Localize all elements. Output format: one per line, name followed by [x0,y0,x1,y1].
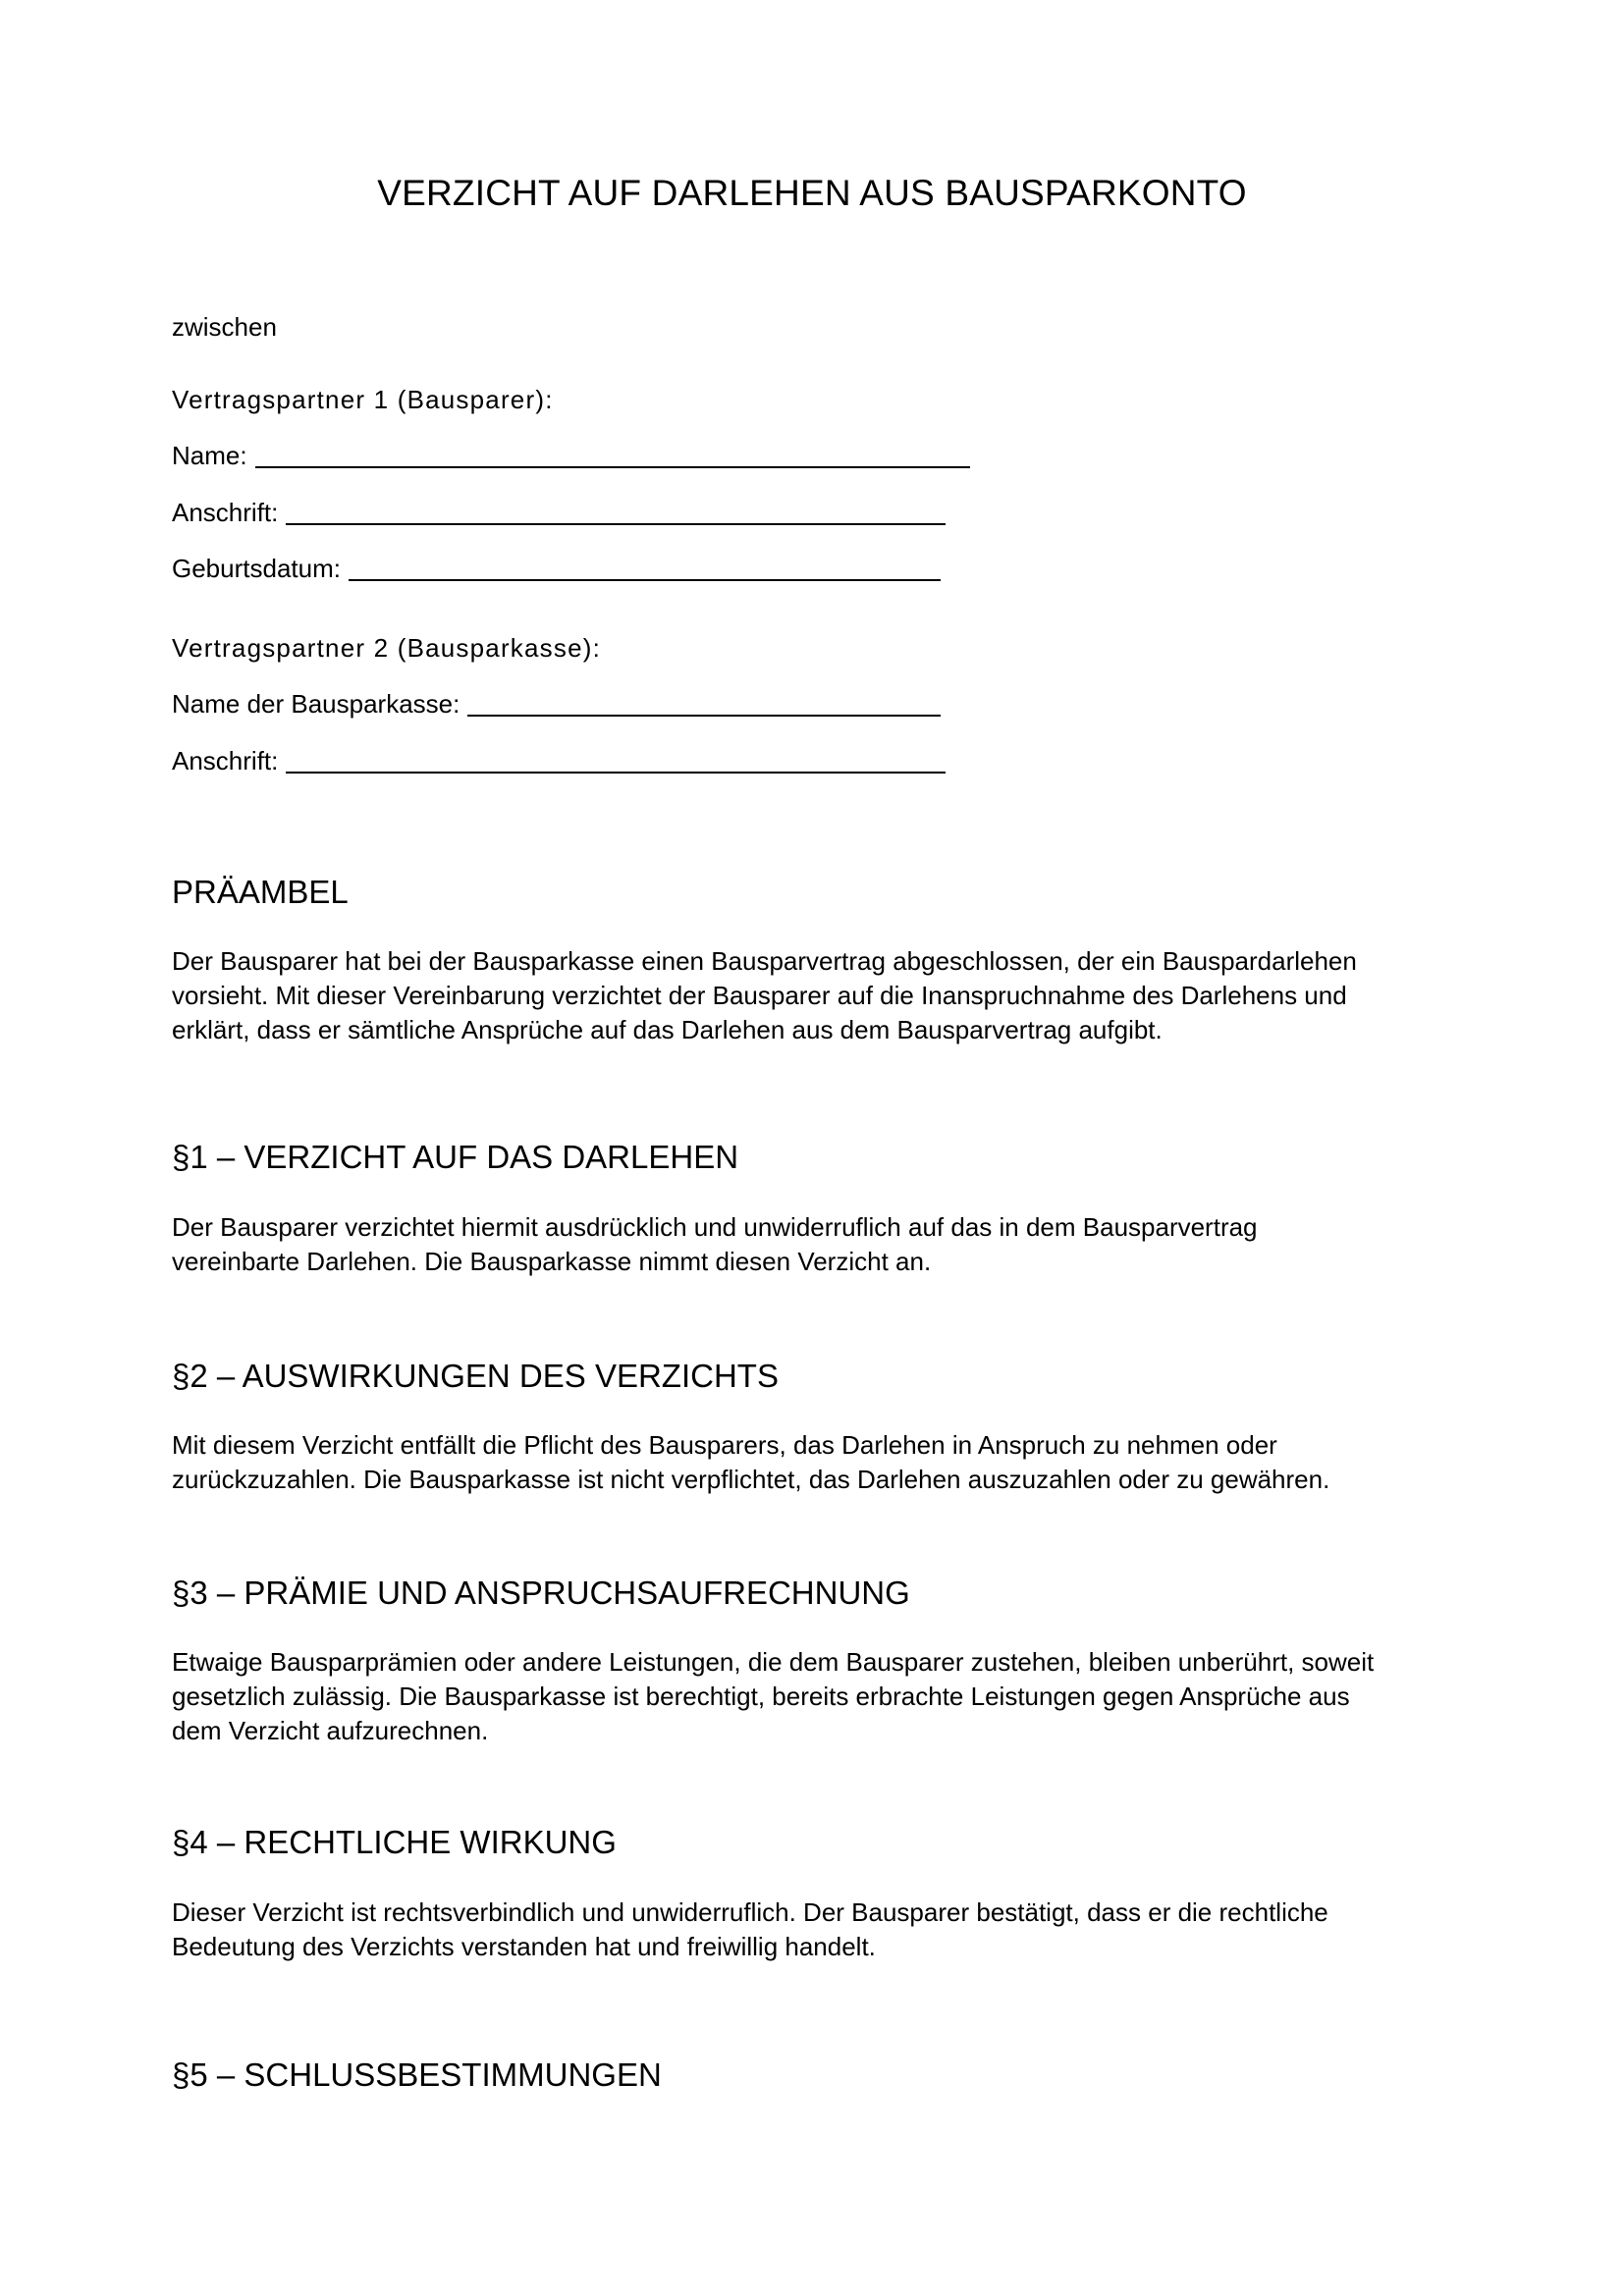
section-5-heading: §5 – SCHLUSSBESTIMMUNGEN [172,2056,662,2094]
text-line: Etwaige Bausparprämien oder andere Leist… [172,1645,1488,1680]
text-line: Mit diesem Verzicht entfällt die Pflicht… [172,1428,1488,1463]
party1-address-field[interactable]: Anschrift: [172,498,946,528]
text-line: gesetzlich zulässig. Die Bausparkasse is… [172,1680,1488,1714]
party2-address-field[interactable]: Anschrift: [172,746,946,776]
text-line: Der Bausparer verzichtet hiermit ausdrüc… [172,1210,1488,1245]
section-1-text: Der Bausparer verzichtet hiermit ausdrüc… [172,1210,1488,1279]
fill-in-line[interactable] [467,714,941,717]
text-line: erklärt, dass er sämtliche Ansprüche auf… [172,1013,1488,1047]
section-3-text: Etwaige Bausparprämien oder andere Leist… [172,1645,1488,1748]
party1-name-field[interactable]: Name: [172,441,970,471]
section-2-heading: §2 – AUSWIRKUNGEN DES VERZICHTS [172,1358,779,1395]
party1-birthdate-field[interactable]: Geburtsdatum: [172,554,941,584]
party1-heading: Vertragspartner 1 (Bausparer): [172,385,554,415]
section-1-heading: §1 – VERZICHT AUF DAS DARLEHEN [172,1139,738,1176]
text-line: vorsieht. Mit dieser Vereinbarung verzic… [172,979,1488,1013]
preamble-text: Der Bausparer hat bei der Bausparkasse e… [172,944,1488,1047]
text-line: Bedeutung des Verzichts verstanden hat u… [172,1930,1488,1964]
document-page: VERZICHT AUF DARLEHEN AUS BAUSPARKONTO z… [0,0,1624,2296]
party2-name-field[interactable]: Name der Bausparkasse: [172,689,941,720]
field-label: Anschrift: [172,746,278,776]
text-line: zurückzuzahlen. Die Bausparkasse ist nic… [172,1463,1488,1497]
section-3-heading: §3 – PRÄMIE UND ANSPRUCHSAUFRECHNUNG [172,1575,910,1612]
fill-in-line[interactable] [286,522,946,525]
section-2-text: Mit diesem Verzicht entfällt die Pflicht… [172,1428,1488,1497]
text-line: Dieser Verzicht ist rechtsverbindlich un… [172,1896,1488,1930]
section-4-text: Dieser Verzicht ist rechtsverbindlich un… [172,1896,1488,1964]
fill-in-line[interactable] [349,578,941,581]
preamble-heading: PRÄAMBEL [172,874,349,911]
document-title: VERZICHT AUF DARLEHEN AUS BAUSPARKONTO [0,173,1624,214]
text-line: dem Verzicht aufzurechnen. [172,1714,1488,1748]
fill-in-line[interactable] [286,771,946,774]
section-4-heading: §4 – RECHTLICHE WIRKUNG [172,1824,617,1861]
field-label: Anschrift: [172,498,278,528]
field-label: Name: [172,441,247,471]
fill-in-line[interactable] [255,465,970,468]
field-label: Geburtsdatum: [172,554,341,584]
text-line: vereinbarte Darlehen. Die Bausparkasse n… [172,1245,1488,1279]
field-label: Name der Bausparkasse: [172,689,460,720]
party2-heading: Vertragspartner 2 (Bausparkasse): [172,633,601,664]
intro-text: zwischen [172,312,277,343]
text-line: Der Bausparer hat bei der Bausparkasse e… [172,944,1488,979]
